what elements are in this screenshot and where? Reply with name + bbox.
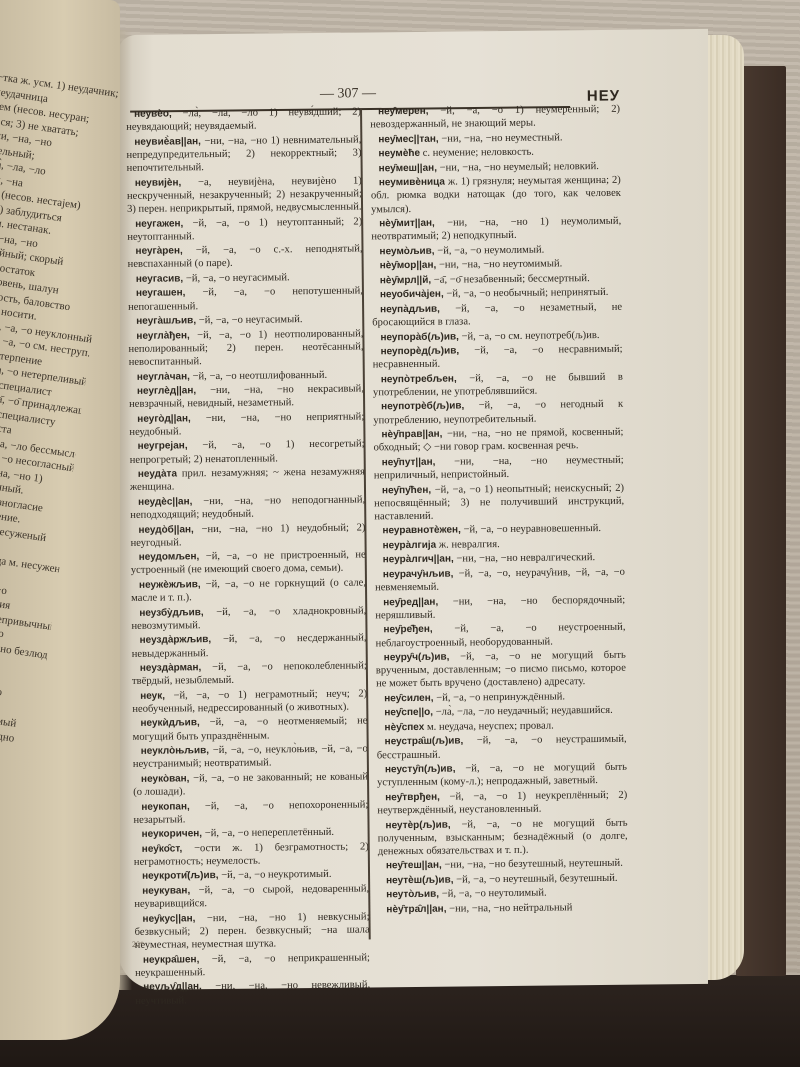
definition: −й, −а, −о непереплетённый. [202, 827, 334, 839]
headword: неумо̀љив, [379, 246, 434, 258]
headword: неу̑мес||тан, [378, 133, 438, 145]
headword: неу̑пут||ан, [382, 457, 436, 469]
dictionary-entry: неуга̀рен, −й, −а, −о с.-х. неподнятый, … [127, 243, 362, 272]
headword: неуго̀д||ан, [137, 413, 191, 425]
dictionary-entry: нѐу̑мит||ан, −ни, −на, −но 1) неумолимый… [371, 215, 621, 244]
headword: неукоричен, [142, 828, 203, 840]
dictionary-entry: нѐу̑мор||ан, −ни, −на, −но неутомимый. [372, 257, 622, 273]
dictionary-entry: неупотрѐб(љ)ив, −й, −а, −о негодный к уп… [373, 398, 623, 427]
headword: нѐу̑мит||ан, [379, 218, 435, 230]
definition: −й, −а, −о необычный; непринятый. [444, 287, 609, 300]
headword: нѐу̑мор||ан, [380, 260, 437, 272]
dictionary-columns: неувѐо, −ла̀, −ла, −ло 1) неувя́дший; 2)… [120, 103, 629, 958]
headword: неупа̀дљив, [380, 303, 440, 315]
headword: неуобича̀јен, [380, 289, 444, 301]
headword: неусту̑п(љ)ив, [385, 764, 456, 776]
definition: −й, −а, −о неугасимый. [183, 272, 290, 284]
definition: −й, −а, −о см. неупотреб(љ)ив. [459, 330, 600, 342]
headword: неупорѐд(љ)ив, [381, 345, 460, 357]
dictionary-entry: неупо̀требљен, −й, −а, −о не бывший в уп… [373, 370, 623, 399]
page-number: — 307 — [320, 86, 376, 103]
definition: −ни, −на, −но невралгический. [454, 552, 595, 564]
headword: неу̑мерен, [378, 106, 429, 118]
headword: неуру̑ч(љ)ив, [384, 652, 450, 664]
definition: −а̄, −о̄ незабвенный; бессмертный. [431, 273, 590, 286]
definition: −ни, −на, −но нейтральный [446, 902, 572, 914]
dictionary-entry: неу̑мес||тан, −ни, −на, −но неуместный. [370, 130, 620, 146]
headword: нѐу̑тра̑л||ан, [386, 904, 446, 916]
dictionary-entry: неустра̑ш(љ)ив, −й, −а, −о неустрашимый,… [377, 733, 627, 762]
dictionary-entry: неуљу̑д||ан, −ни, −на, −но невежливый, н… [135, 979, 370, 1008]
definition: с. неумение; неловкость. [420, 147, 534, 159]
dictionary-entry: неу̑силен, −й, −а, −о непринуждённый. [376, 690, 626, 706]
dictionary-entry: неуда̀та прил. незамужняя; ~ жена незаму… [130, 466, 365, 495]
headword: неукѝдљив, [140, 718, 199, 730]
headword: неуко̀ван, [141, 773, 190, 785]
definition: −й, −а, −о непринуждённый. [433, 691, 565, 703]
dictionary-entry: неутѐш(љ)ив, −й, −а, −о неутешный, безут… [378, 872, 628, 888]
definition: −ни, −на, −но неутомимый. [436, 259, 562, 271]
headword: нѐу̑прав||ан, [381, 429, 442, 441]
headword: неу̑ред||ан, [383, 596, 438, 608]
definition: −й, −а, −о неотшлифованный. [190, 369, 327, 381]
dictionary-entry: неузда̀ржљив, −й, −а, −о несдержанный, н… [132, 632, 367, 661]
headword: неуглѐд||ан, [137, 385, 196, 397]
headword: неузда̀ржљив, [140, 634, 212, 646]
headword: неужѐжљив, [139, 579, 201, 591]
dictionary-entry: неувиѐ̀ав||ан, −ни, −на, −но 1) невнимат… [126, 133, 361, 175]
headword: неудо̀б||ан, [138, 524, 194, 536]
headword: неукло̀њљив, [141, 745, 209, 757]
dictionary-entry: неудѐс||ан, −ни, −на, −но неподогнанный,… [130, 493, 365, 522]
signature-mark: 20* [132, 940, 144, 949]
headword: нѐу̑спех [384, 722, 424, 733]
headword: неугасив, [136, 273, 184, 284]
headword: неура̀лгија [383, 540, 437, 552]
dictionary-entry: неупора̀б(љ)ив, −й, −а, −о см. неупотреб… [372, 328, 622, 344]
dictionary-entry: неу̑меш||ан, −ни, −на, −но неумелый; нел… [371, 159, 621, 175]
definition: −ни, −на, −но неуместный. [439, 132, 563, 144]
definition: −й, −а, −о неумолимый. [435, 244, 545, 256]
headword: неу̑меш||ан, [379, 162, 437, 174]
headword: неук, [140, 690, 165, 701]
right-column: неу̑мерен, −й, −а, −о 1) неумеренный; 2)… [370, 103, 628, 918]
headword: неу̑силен, [384, 693, 433, 705]
definition: м. неудача, неуспех; провал. [424, 720, 554, 732]
dictionary-entry: неукра̑шен, −й, −а, −о неприкрашенный; н… [135, 951, 370, 980]
dictionary-entry: неукуван, −й, −а, −о сырой, недоваренный… [134, 882, 369, 911]
dictionary-entry: неугла̀ђен, −й, −а, −о 1) неотполированн… [128, 327, 363, 369]
definition: −ни, −на, −но безутешный, неутешный. [442, 858, 623, 871]
dictionary-entry: нѐу̑тра̑л||ан, −ни, −на, −но нейтральный [378, 901, 628, 917]
dictionary-entry: неувиjѐн, −а, неувиjѐна, неувиjѐно 1) не… [127, 174, 362, 216]
definition: −ла̀, −ла, −ло неудачный; неудавшийся. [433, 705, 613, 718]
headword: неуга̀рен, [135, 246, 182, 257]
headword: неувѐо, [134, 108, 172, 119]
headword: неугла̀чан, [137, 371, 190, 383]
headword: неу̑ко̑ст, [142, 843, 183, 854]
definition: −й, −а, −о неутолимый. [439, 888, 547, 900]
dictionary-entry: неумивѐница ж. 1) грязнуля; неумытая жен… [371, 174, 621, 216]
headword: неугашен, [136, 288, 186, 300]
definition: −ни, −на, −но неумелый; неловкий. [437, 161, 599, 174]
dictionary-entry: неукопан, −й, −а, −о непохороненный; нез… [133, 798, 368, 827]
dictionary-entry: неура̀лгија ж. невралгия. [375, 537, 625, 553]
dictionary-entry: неу̑кус||ан, −ни, −на, −но 1) невкусный;… [134, 910, 369, 952]
headword: неу̑теш||ан, [386, 860, 442, 872]
dictionary-entry: неумо̀љив, −й, −а, −о неумолимый. [371, 243, 621, 259]
dictionary-entry: неукѝдљив, −й, −а, −о неотменяемый; не м… [132, 715, 367, 744]
headword: неуљу̑д||ан, [143, 981, 202, 993]
headword: неурачу̑нљив, [383, 568, 454, 580]
headword: неугрејан, [137, 441, 187, 453]
dictionary-entry: нѐу̑мрл||й, −а̄, −о̄ незабвенный; бессме… [372, 272, 622, 288]
dictionary-entry: неу̑ре̑ђен, −й, −а, −о неустроенный, неб… [375, 621, 625, 650]
headword: неукуван, [142, 885, 190, 897]
dictionary-entry: неу̑спе||о, −ла̀, −ла, −ло неудачный; не… [376, 704, 626, 720]
dictionary-entry: неужѐжљив, −й, −а, −о не горкнущий (о са… [131, 576, 366, 605]
headword: неу̑тврђен, [385, 792, 440, 804]
headword: нѐу̑мрл||й, [380, 275, 431, 287]
dictionary-entry: неу̑тврђен, −й, −а, −о 1) неукреплённый;… [377, 789, 627, 818]
headword: неу̑спе||о, [384, 707, 433, 719]
dictionary-entry: неумѐће с. неумение; неловкость. [370, 145, 620, 161]
dictionary-entry: неугла̀чан, −й, −а, −о неотшлифованный. [129, 368, 364, 384]
dictionary-entry: неугасив, −й, −а, −о неугасимый. [128, 270, 363, 286]
dictionary-entry: неу̑теш||ан, −ни, −на, −но безутешный, н… [378, 857, 628, 873]
headword: неупотрѐб(љ)ив, [381, 401, 464, 413]
dictionary-entry: неуко̀ван, −й, −а, −о не закованный; не … [133, 770, 368, 799]
left-page: −тка ж. усм. 1) неудачник;неудачница−ем … [0, 0, 120, 1040]
dictionary-entry: неуобича̀јен, −й, −а, −о необычный; непр… [372, 286, 622, 302]
dictionary-entry: неузда̀рман, −й, −а, −о непоколебленный;… [132, 660, 367, 689]
dictionary-entry: нѐу̑спех м. неудача, неуспех; провал. [376, 719, 626, 735]
headword: неу̑ре̑ђен, [383, 624, 432, 636]
dictionary-entry: неуго̀д||ан, −ни, −на, −но неприятный; н… [129, 410, 364, 439]
dictionary-entry: неугашен, −й, −а, −о непотушенный, непог… [128, 285, 363, 314]
definition: −й, −а, −о 1) неграмотный; неуч; 2) необ… [132, 688, 367, 715]
dictionary-entry: неувѐо, −ла̀, −ла, −ло 1) неувя́дший; 2)… [126, 105, 361, 134]
dictionary-entry: неусту̑п(љ)ив, −й, −а, −о не могущий быт… [377, 761, 627, 790]
headword: неудѐс||ан, [138, 496, 192, 508]
headword: неуга̀шљив, [136, 315, 196, 327]
left-page-text: −тка ж. усм. 1) неудачник;неудачница−ем … [0, 70, 120, 863]
headword: неукра̑шен, [143, 954, 200, 966]
dictionary-entry: неу̑ко̑ст, −ости ж. 1) безграмотность; 2… [134, 840, 369, 869]
headword: неутѐр(љ)ив, [385, 819, 450, 831]
headword: неудомљен, [139, 551, 200, 563]
headword: неумѐће [378, 148, 420, 159]
headword: неузбу̀дљив, [139, 607, 203, 619]
dictionary-entry: неуто̀љив, −й, −а, −о неутолимый. [378, 886, 628, 902]
dictionary-entry: неу̑пу̑ћен, −й, −а, −о 1) неопытный; неи… [374, 481, 624, 523]
dictionary-entry: неурачу̑нљив, −й, −а, −о, неурачу̑нив, −… [375, 566, 625, 595]
headword: неувиjѐн, [135, 177, 182, 188]
dictionary-entry: неупорѐд(љ)ив, −й, −а, −о несравнимый; н… [372, 343, 622, 372]
dictionary-entry: неуравнотѐжен, −й, −а, −о неуравновешенн… [374, 522, 624, 538]
definition: −й, −а, −о неукротимый. [218, 869, 331, 881]
headword: неутѐш(љ)ив, [386, 875, 453, 887]
dictionary-entry: неупа̀дљив, −й, −а, −о незаметный, не бр… [372, 301, 622, 330]
headword: неупо̀требљен, [381, 373, 457, 385]
headword: неура̀лгич||ан, [383, 554, 454, 566]
headword: неуто̀љив, [386, 889, 439, 901]
dictionary-entry: неу̑пут||ан, −ни, −на, −но неуместный; н… [374, 454, 624, 483]
headword: неу̑пу̑ћен, [382, 484, 431, 496]
dictionary-entry: неуглѐд||ан, −ни, −на, −но некрасивый, н… [129, 382, 364, 411]
dictionary-entry: неукло̀њљив, −й, −а, −о, неукло̀њив, −й,… [133, 743, 368, 772]
dictionary-entry: неудомљен, −й, −а, −о не пристроенный, н… [131, 549, 366, 578]
headword: неуда̀та [138, 469, 177, 480]
dictionary-entry: неутѐр(љ)ив, −й, −а, −о не могущий быть … [377, 816, 627, 858]
dictionary-entry: неукроти̑(љ)ив, −й, −а, −о неукротимый. [134, 868, 369, 884]
headword: неумивѐница [379, 177, 445, 189]
headword: неувиѐ̀ав||ан, [134, 136, 201, 148]
dictionary-entry: неура̀лгич||ан, −ни, −на, −но невралгиче… [375, 551, 625, 567]
dictionary-entry: неук, −й, −а, −о 1) неграмотный; неуч; 2… [132, 687, 367, 716]
dictionary-entry: неу̑мерен, −й, −а, −о 1) неумеренный; 2)… [370, 103, 620, 132]
definition: −й, −а, −о неугасимый. [196, 314, 303, 326]
headword: неу̑кус||ан, [142, 913, 195, 925]
dictionary-entry: неузбу̀дљив, −й, −а, −о хладнокровный, н… [131, 604, 366, 633]
definition: −й, −а, −о неутешный, безутешный. [453, 873, 617, 886]
definition: ж. невралгия. [436, 539, 500, 551]
dictionary-entry: неу̑ред||ан, −ни, −на, −но беспорядочный… [375, 593, 625, 622]
dictionary-entry: неуру̑ч(љ)ив, −й, −а, −о не могущий быть… [376, 649, 626, 691]
headword: неукроти̑(љ)ив, [142, 870, 219, 882]
headword: неуравнотѐжен, [382, 525, 461, 537]
headword: неустра̑ш(љ)ив, [385, 736, 464, 748]
headword: неузда̀рман, [140, 662, 202, 674]
dictionary-entry: нѐу̑прав||ан, −ни, −на, −но не прямой, к… [373, 426, 623, 455]
dictionary-entry: неуга̀шљив, −й, −а, −о неугасимый. [128, 313, 363, 329]
dictionary-entry: неугажен, −й, −а, −о 1) неутоптанный; 2)… [127, 215, 362, 244]
dictionary-entry: неукоричен, −й, −а, −о непереплетённый. [134, 826, 369, 842]
dictionary-entry: неудо̀б||ан, −ни, −на, −но 1) неудобный;… [130, 521, 365, 550]
definition: −й, −а, −о неуравновешенный. [461, 523, 601, 535]
headword: неупора̀б(љ)ив, [380, 331, 459, 343]
dictionary-entry: неугрејан, −й, −а, −о 1) несогретый; неп… [129, 438, 364, 467]
headword: неукопан, [141, 801, 190, 813]
headword: неугажен, [135, 218, 183, 230]
left-column: неувѐо, −ла̀, −ла, −ло 1) неувя́дший; 2)… [126, 105, 370, 1008]
headword: неугла̀ђен, [136, 330, 189, 342]
